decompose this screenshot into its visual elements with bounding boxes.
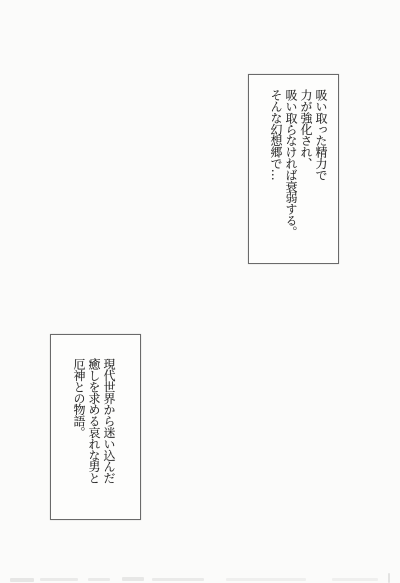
scan-smudge	[40, 578, 78, 581]
text-line: 癒しを求める哀れな男と	[86, 358, 101, 483]
scan-smudge	[388, 573, 390, 583]
scan-smudge	[88, 578, 110, 581]
caption-box-bottom-left: 現代世界から迷い込んだ 癒しを求める哀れな男と 厄神との物語。	[50, 334, 141, 520]
vertical-text-block-top: 吸い取った精力で 力が強化され、 吸い取らなければ衰弱する。 そんな幻想郷で…	[268, 89, 328, 237]
scan-smudge	[332, 578, 378, 581]
text-line: そんな幻想郷で…	[268, 89, 283, 237]
scan-smudge	[226, 578, 306, 581]
text-line: 吸い取った精力で	[313, 89, 328, 237]
scan-smudge	[122, 577, 144, 581]
caption-box-top-right: 吸い取った精力で 力が強化され、 吸い取らなければ衰弱する。 そんな幻想郷で…	[248, 74, 339, 264]
scan-smudge	[10, 578, 34, 582]
text-line: 吸い取らなければ衰弱する。	[283, 89, 298, 237]
scan-smudge	[152, 578, 204, 581]
vertical-text-block-bottom: 現代世界から迷い込んだ 癒しを求める哀れな男と 厄神との物語。	[71, 358, 116, 483]
text-line: 現代世界から迷い込んだ	[101, 358, 116, 483]
scanned-page: 吸い取った精力で 力が強化され、 吸い取らなければ衰弱する。 そんな幻想郷で… …	[0, 0, 400, 583]
text-line: 厄神との物語。	[71, 358, 86, 483]
text-line: 力が強化され、	[298, 89, 313, 237]
